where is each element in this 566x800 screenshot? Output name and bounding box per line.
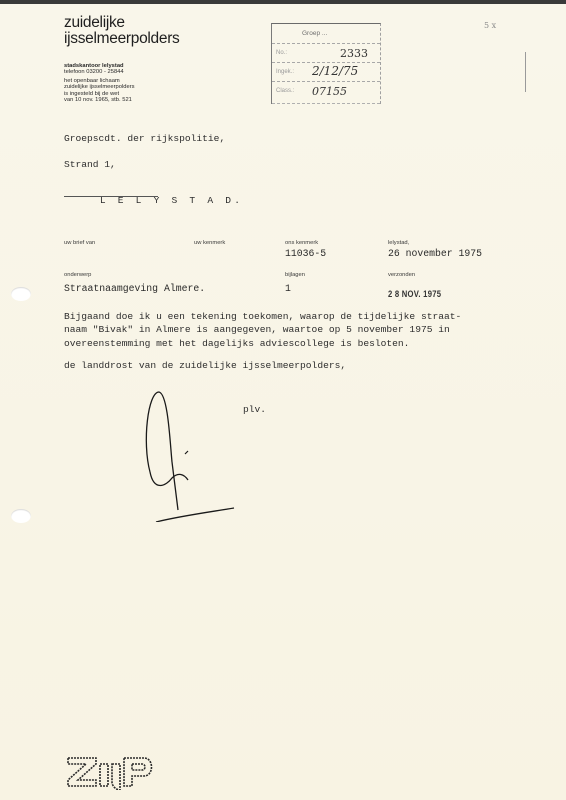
stamp-row-number: No.: 2333 <box>272 44 380 63</box>
receipt-stamp: Groep ... No.: 2333 Ingek.: 2/12/75 Clas… <box>271 23 381 104</box>
signature-on-behalf: plv. <box>243 404 266 415</box>
corner-annotation: 5 x <box>484 21 496 30</box>
stamp-row-class: Class.: 07155 <box>272 82 380 104</box>
label-uw-kenmerk: uw kenmerk <box>194 240 225 246</box>
value-onderwerp: Straatnaamgeving Almere. <box>64 283 205 294</box>
legal-line-2: zuidelijke ijsselmeerpolders <box>64 84 135 90</box>
label-onderwerp: onderwerp <box>64 272 91 278</box>
value-ons-kenmerk: 11036-5 <box>285 248 326 259</box>
margin-mark <box>525 52 526 92</box>
letter-body: Bijgaand doe ik u een tekening toekomen,… <box>64 310 461 350</box>
org-name-line2: ijsselmeerpolders <box>64 31 180 47</box>
stamp-class-value: 07155 <box>312 85 347 98</box>
office-phone: telefoon 03200 - 25844 <box>64 69 135 75</box>
addressee-city: L E L Y S T A D. <box>64 184 243 228</box>
city-underline <box>64 196 158 197</box>
letterhead-office-info: stadskantoor lelystad telefoon 03200 - 2… <box>64 63 135 103</box>
stamp-header: Groep ... <box>302 30 327 37</box>
letter-date: 26 november 1975 <box>388 248 482 259</box>
letter-page: zuidelijke ijsselmeerpolders stadskantoo… <box>0 4 566 800</box>
stamp-label: No.: <box>276 50 287 56</box>
org-name-line1: zuidelijke <box>64 15 180 31</box>
letter-closing: de landdrost van de zuidelijke ijsselmee… <box>64 360 346 371</box>
punch-hole <box>11 287 31 301</box>
stamp-header-row: Groep ... <box>272 24 380 44</box>
stamp-row-received: Ingek.: 2/12/75 <box>272 63 380 82</box>
label-uw-brief-van: uw brief van <box>64 240 95 246</box>
label-verzonden: verzonden <box>388 272 415 278</box>
zijp-logo-icon <box>66 754 156 790</box>
label-ons-kenmerk: ons kenmerk <box>285 240 318 246</box>
stamp-label: Class.: <box>276 88 294 94</box>
addressee-line-1: Groepscdt. der rijkspolitie, <box>64 133 225 144</box>
label-place: lelystad, <box>388 240 409 246</box>
stamp-label: Ingek.: <box>276 69 294 75</box>
addressee-line-2: Strand 1, <box>64 159 116 170</box>
label-bijlagen: bijlagen <box>285 272 305 278</box>
stamp-received-value: 2/12/75 <box>312 64 358 78</box>
value-bijlagen: 1 <box>285 283 291 294</box>
verzonden-date-stamp: 2 8 NOV. 1975 <box>388 289 441 299</box>
stamp-number-value: 2333 <box>340 47 368 60</box>
handwritten-signature <box>140 382 240 522</box>
punch-hole <box>11 509 31 523</box>
letterhead-brand: zuidelijke ijsselmeerpolders <box>64 15 180 47</box>
legal-line-4: van 10 nov. 1965, stb. 521 <box>64 97 135 103</box>
